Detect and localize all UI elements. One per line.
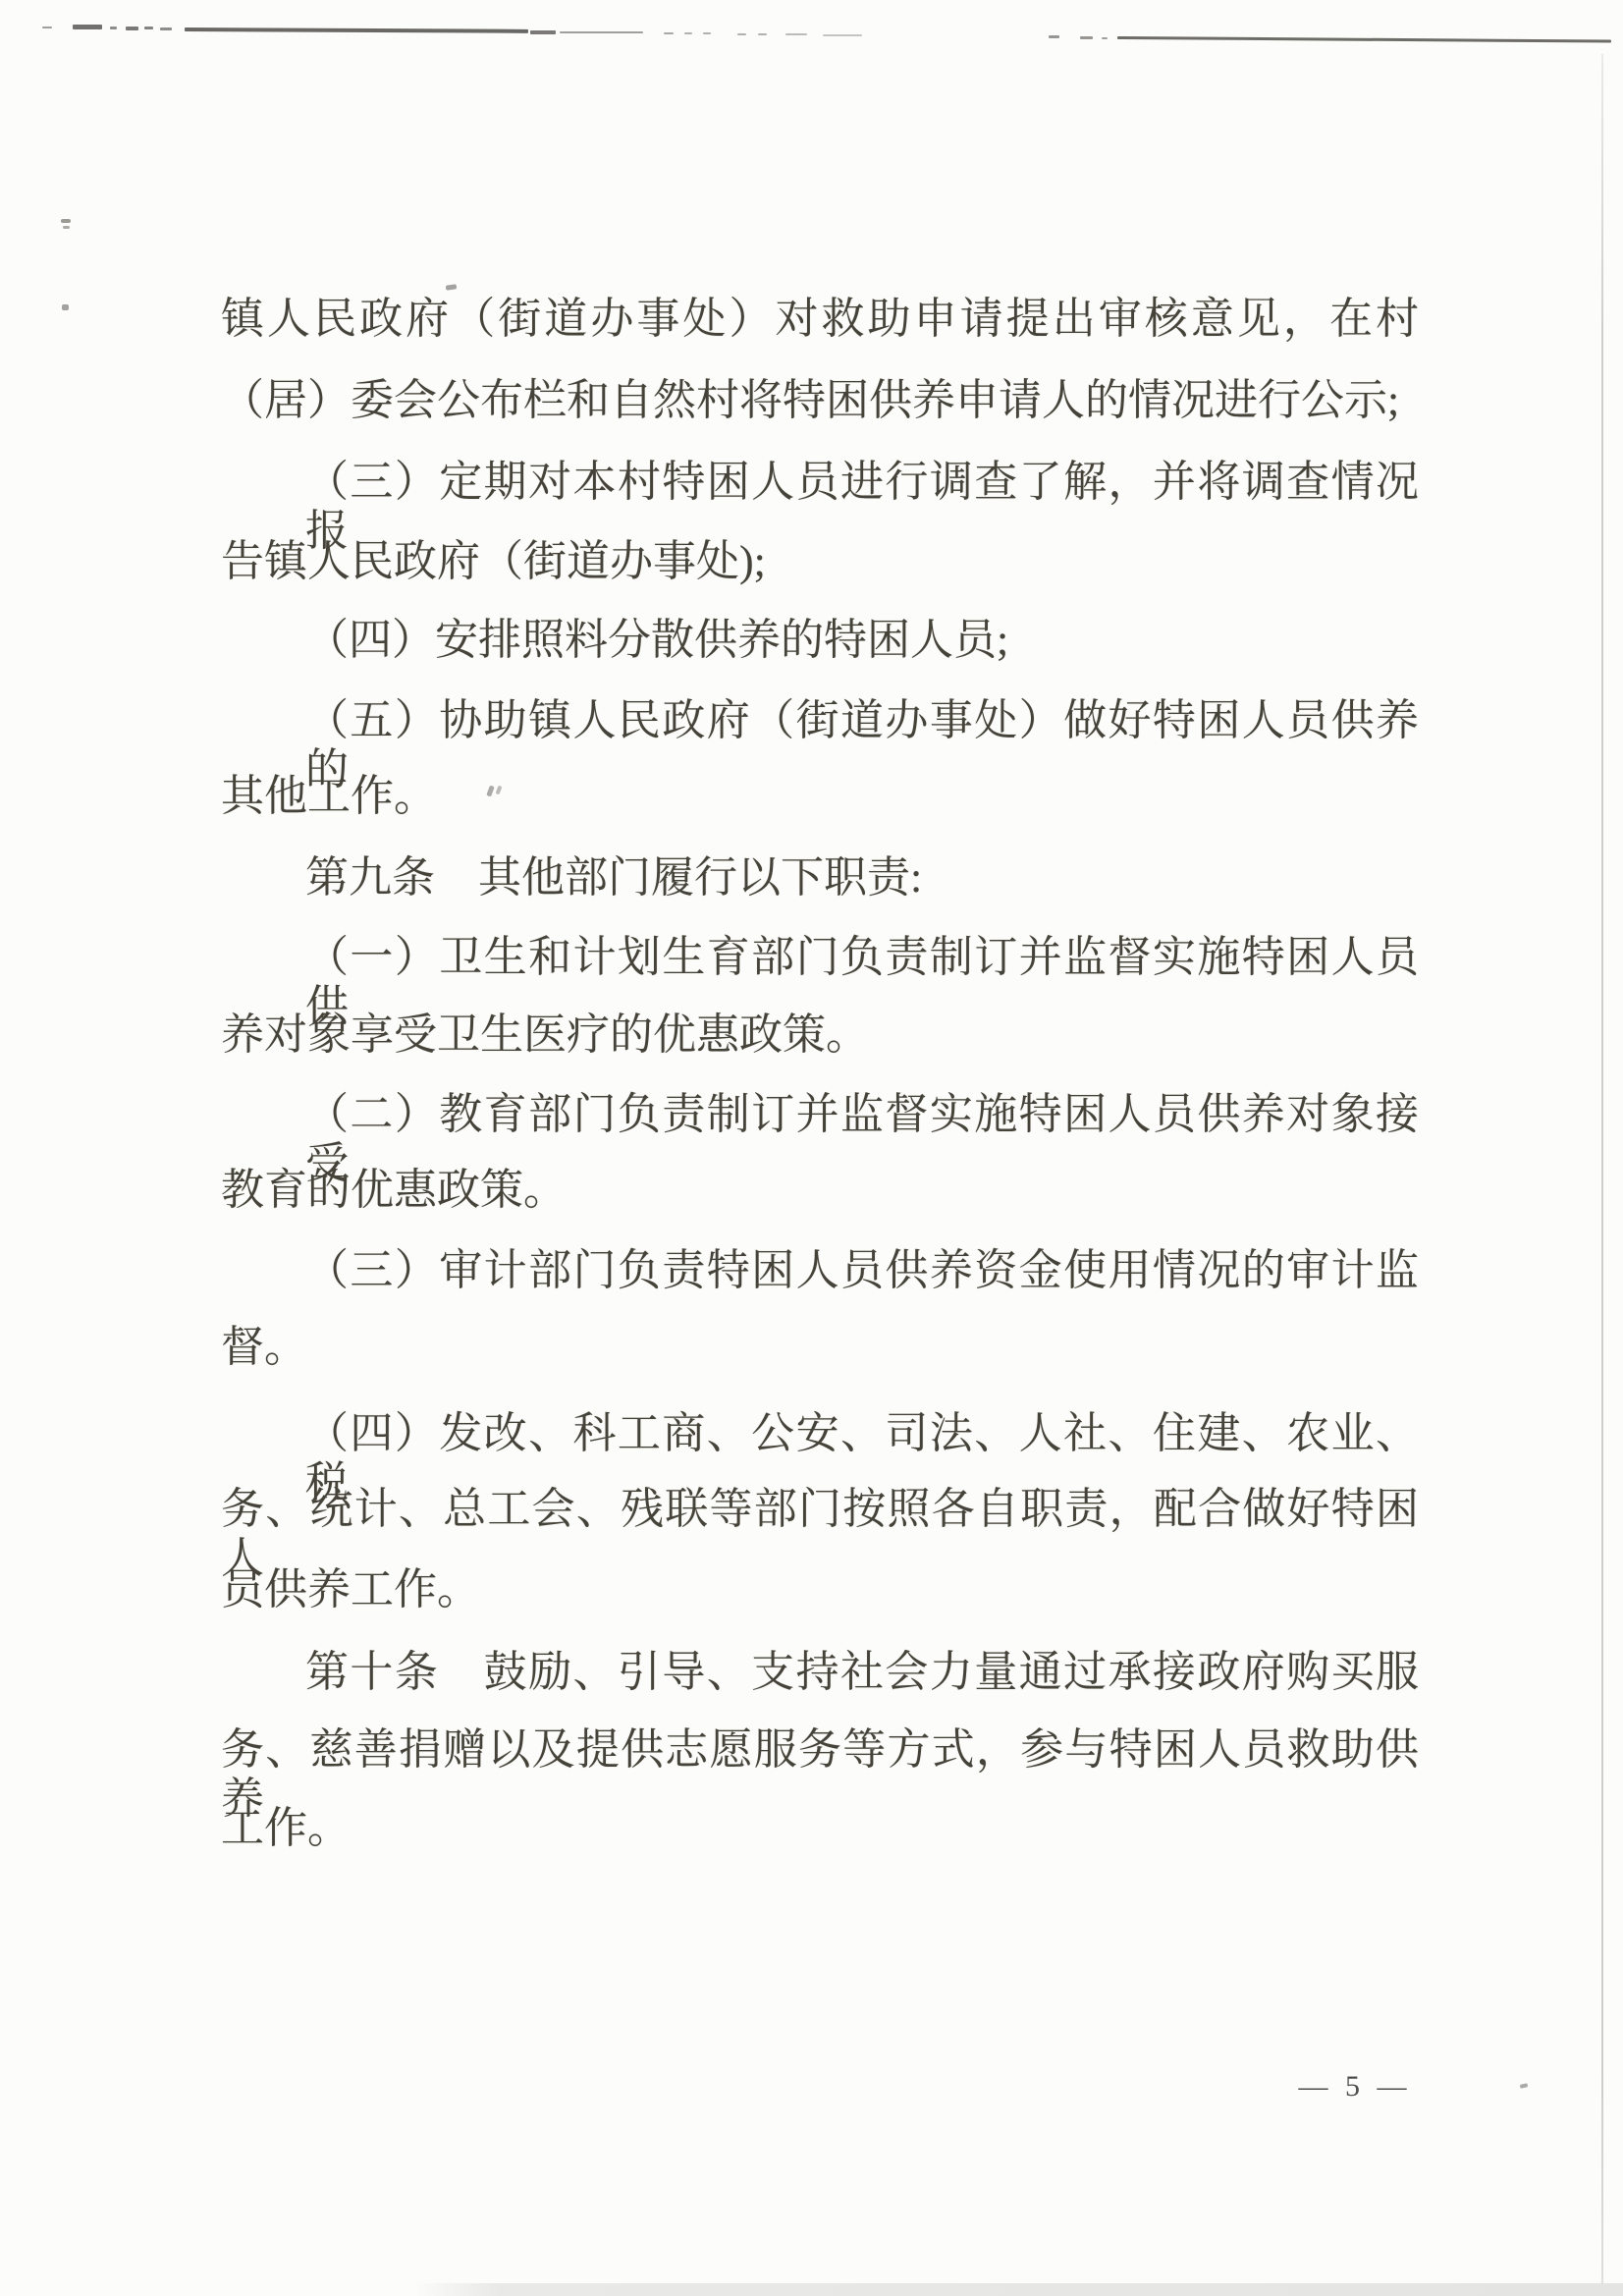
text-line: （四）安排照料分散供养的特困人员; <box>221 616 1419 665</box>
text-line: 告镇人民政府（街道办事处); <box>221 537 1419 586</box>
scan-artifact-top-left <box>703 32 711 34</box>
text-line: 督。 <box>221 1323 1419 1372</box>
ink-speck <box>61 219 71 223</box>
scan-artifact-top-right <box>1102 37 1108 39</box>
scan-artifact-top-left <box>144 27 153 29</box>
scan-artifact-top-left <box>530 30 556 34</box>
text-line: （居）委会公布栏和自然村将特困供养申请人的情况进行公示; <box>221 376 1419 425</box>
ink-speck <box>446 284 458 290</box>
scan-artifact-top-left <box>823 34 862 36</box>
scan-artifact-top-left <box>160 27 172 30</box>
scan-artifact-top-left <box>42 27 52 28</box>
scan-artifact-top-left <box>737 33 746 35</box>
text-line: 其他工作。 <box>221 772 1419 821</box>
scan-artifact-top-left <box>110 27 117 29</box>
text-line: 养对象享受卫生医疗的优惠政策。 <box>221 1011 1419 1060</box>
ink-speck <box>62 304 69 310</box>
scan-artifact-top-left <box>664 32 674 34</box>
scan-artifact-top-left <box>758 33 767 35</box>
ink-speck <box>1520 2083 1529 2089</box>
scanned-document-page: 镇人民政府（街道办事处）对救助申请提出审核意见，在村 （居）委会公布栏和自然村将… <box>0 0 1623 2296</box>
text-line: 员供养工作。 <box>221 1565 1419 1614</box>
scan-artifact-top-left <box>73 25 102 29</box>
text-line: （三）审计部门负责特困人员供养资金使用情况的审计监 <box>221 1246 1419 1295</box>
scan-artifact-top-left <box>785 33 807 35</box>
page-number: — 5 — <box>1267 2070 1443 2104</box>
text-line: 教育的优惠政策。 <box>221 1166 1419 1215</box>
scan-bottom-shadow <box>412 2283 1623 2296</box>
text-line: 第九条 其他部门履行以下职责: <box>221 853 1419 902</box>
scan-artifact-top-left <box>560 31 643 33</box>
scan-artifact-top-left <box>185 27 528 33</box>
scan-artifact-top-right <box>1049 35 1059 38</box>
scan-artifact-top-right <box>1117 36 1611 43</box>
text-line: 工作。 <box>221 1804 1419 1853</box>
scan-artifact-top-left <box>684 32 692 34</box>
scan-artifact-top-left <box>126 27 138 30</box>
text-line: 第十条 鼓励、引导、支持社会力量通过承接政府购买服 <box>221 1648 1419 1697</box>
scan-artifact-top-right <box>1080 36 1093 39</box>
scan-page-edge-line <box>1601 54 1603 2296</box>
text-line: 镇人民政府（街道办事处）对救助申请提出审核意见，在村 <box>221 295 1419 344</box>
ink-speck <box>63 226 70 229</box>
